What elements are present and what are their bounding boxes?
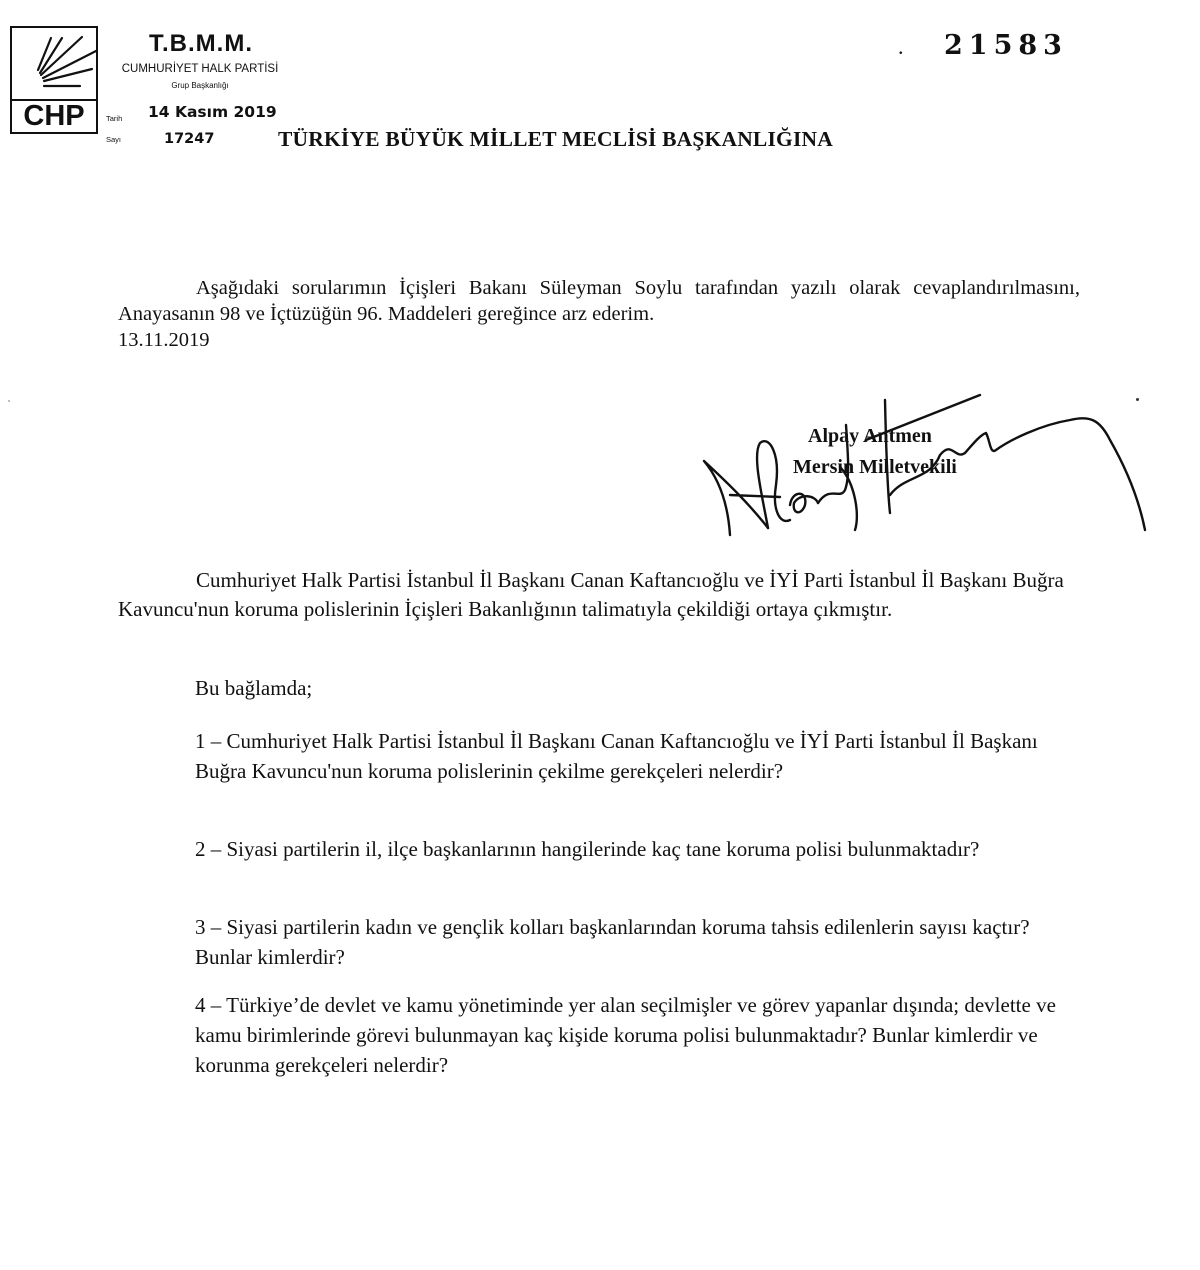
question-4: 4 – Türkiye’de devlet ve kamu yönetimind… xyxy=(195,990,1075,1080)
intro-paragraph: Aşağıdaki sorularımın İçişleri Bakanı Sü… xyxy=(118,275,1080,353)
intro-date: 13.11.2019 xyxy=(118,329,210,351)
stamp-date: 14 Kasım 2019 xyxy=(148,103,277,121)
stamp-group: Grup Başkanlığı xyxy=(104,81,296,90)
question-1: 1 – Cumhuriyet Halk Partisi İstanbul İl … xyxy=(195,726,1075,786)
document-number: 21583 xyxy=(944,30,1068,61)
scan-speck xyxy=(8,400,10,402)
question-3: 3 – Siyasi partilerin kadın ve gençlik k… xyxy=(195,912,1075,972)
logo-text: CHP xyxy=(12,101,96,132)
stamp-date-label: Tarih xyxy=(106,114,122,123)
intro-text: Aşağıdaki sorularımın İçişleri Bakanı Sü… xyxy=(118,277,1080,325)
question-2: 2 – Siyasi partilerin il, ilçe başkanlar… xyxy=(195,834,1075,864)
context-line: Bu bağlamda; xyxy=(195,676,312,701)
six-arrows-icon xyxy=(12,28,96,101)
stamp-number: 17247 xyxy=(164,131,214,147)
scan-speck xyxy=(1136,398,1139,401)
stamp-number-label: Sayı xyxy=(106,135,121,144)
stamp-title: T.B.M.M. xyxy=(106,30,296,58)
addressee-heading: TÜRKİYE BÜYÜK MİLLET MECLİSİ BAŞKANLIĞIN… xyxy=(278,127,833,152)
handwritten-signature xyxy=(690,385,1160,545)
stamp-party: CUMHURİYET HALK PARTİSİ xyxy=(104,63,296,75)
chp-logo: CHP xyxy=(10,26,98,134)
body-paragraph: Cumhuriyet Halk Partisi İstanbul İl Başk… xyxy=(118,566,1078,624)
body-text: Cumhuriyet Halk Partisi İstanbul İl Başk… xyxy=(118,568,1064,621)
document-number-prefix: . xyxy=(898,34,904,60)
